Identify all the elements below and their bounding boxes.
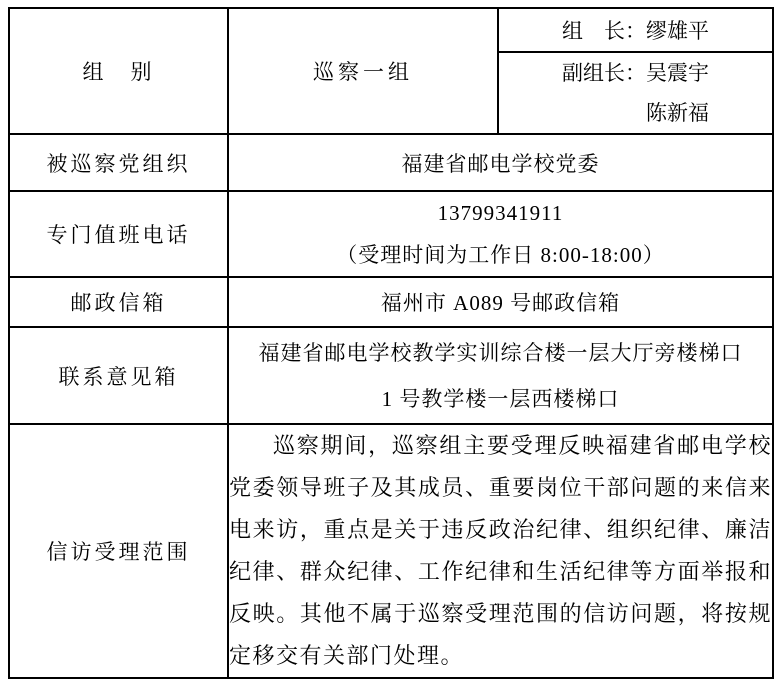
deputy-leaders-cell: 副组长：吴震宇 陈新福 (498, 52, 773, 134)
suggestion-box-value-cell: 福建省邮电学校教学实训综合楼一层大厅旁楼梯口 1 号教学楼一层西楼梯口 (228, 327, 773, 424)
suggestion-box-label-cell: 联系意见箱 (9, 327, 228, 424)
group-name-cell: 巡察一组 (228, 8, 498, 134)
petition-scope-paragraph: 巡察期间，巡察组主要受理反映福建省邮电学校党委领导班子及其成员、重要岗位干部问题… (229, 425, 772, 677)
inspected-org-label-cell: 被巡察党组织 (9, 134, 228, 191)
deputy-leader-line2: 陈新福 (562, 93, 709, 133)
duty-phone-hours: （受理时间为工作日 8:00-18:00） (229, 234, 772, 276)
group-label-cell: 组 别 (9, 8, 228, 134)
duty-phone-number: 13799341911 (229, 192, 772, 234)
suggestion-box-location1: 福建省邮电学校教学实训综合楼一层大厅旁楼梯口 (229, 330, 772, 376)
po-box-label-cell: 邮政信箱 (9, 277, 228, 327)
petition-scope-value-cell: 巡察期间，巡察组主要受理反映福建省邮电学校党委领导班子及其成员、重要岗位干部问题… (228, 424, 773, 678)
suggestion-box-location2: 1 号教学楼一层西楼梯口 (229, 376, 772, 422)
inspection-info-table: 组 别 巡察一组 组 长：缪雄平 副组长：吴震宇 陈新福 被巡察党组织 福建省邮… (8, 7, 774, 679)
deputy-leaders-block: 副组长：吴震宇 陈新福 (562, 53, 709, 133)
document-page: 组 别 巡察一组 组 长：缪雄平 副组长：吴震宇 陈新福 被巡察党组织 福建省邮… (0, 0, 782, 681)
po-box-value-cell: 福州市 A089 号邮政信箱 (228, 277, 773, 327)
duty-phone-value-cell: 13799341911 （受理时间为工作日 8:00-18:00） (228, 191, 773, 277)
inspected-org-value-cell: 福建省邮电学校党委 (228, 134, 773, 191)
petition-scope-label-cell: 信访受理范围 (9, 424, 228, 678)
group-leader-cell: 组 长：缪雄平 (498, 8, 773, 52)
duty-phone-label-cell: 专门值班电话 (9, 191, 228, 277)
deputy-leader-line1: 副组长：吴震宇 (562, 53, 709, 93)
